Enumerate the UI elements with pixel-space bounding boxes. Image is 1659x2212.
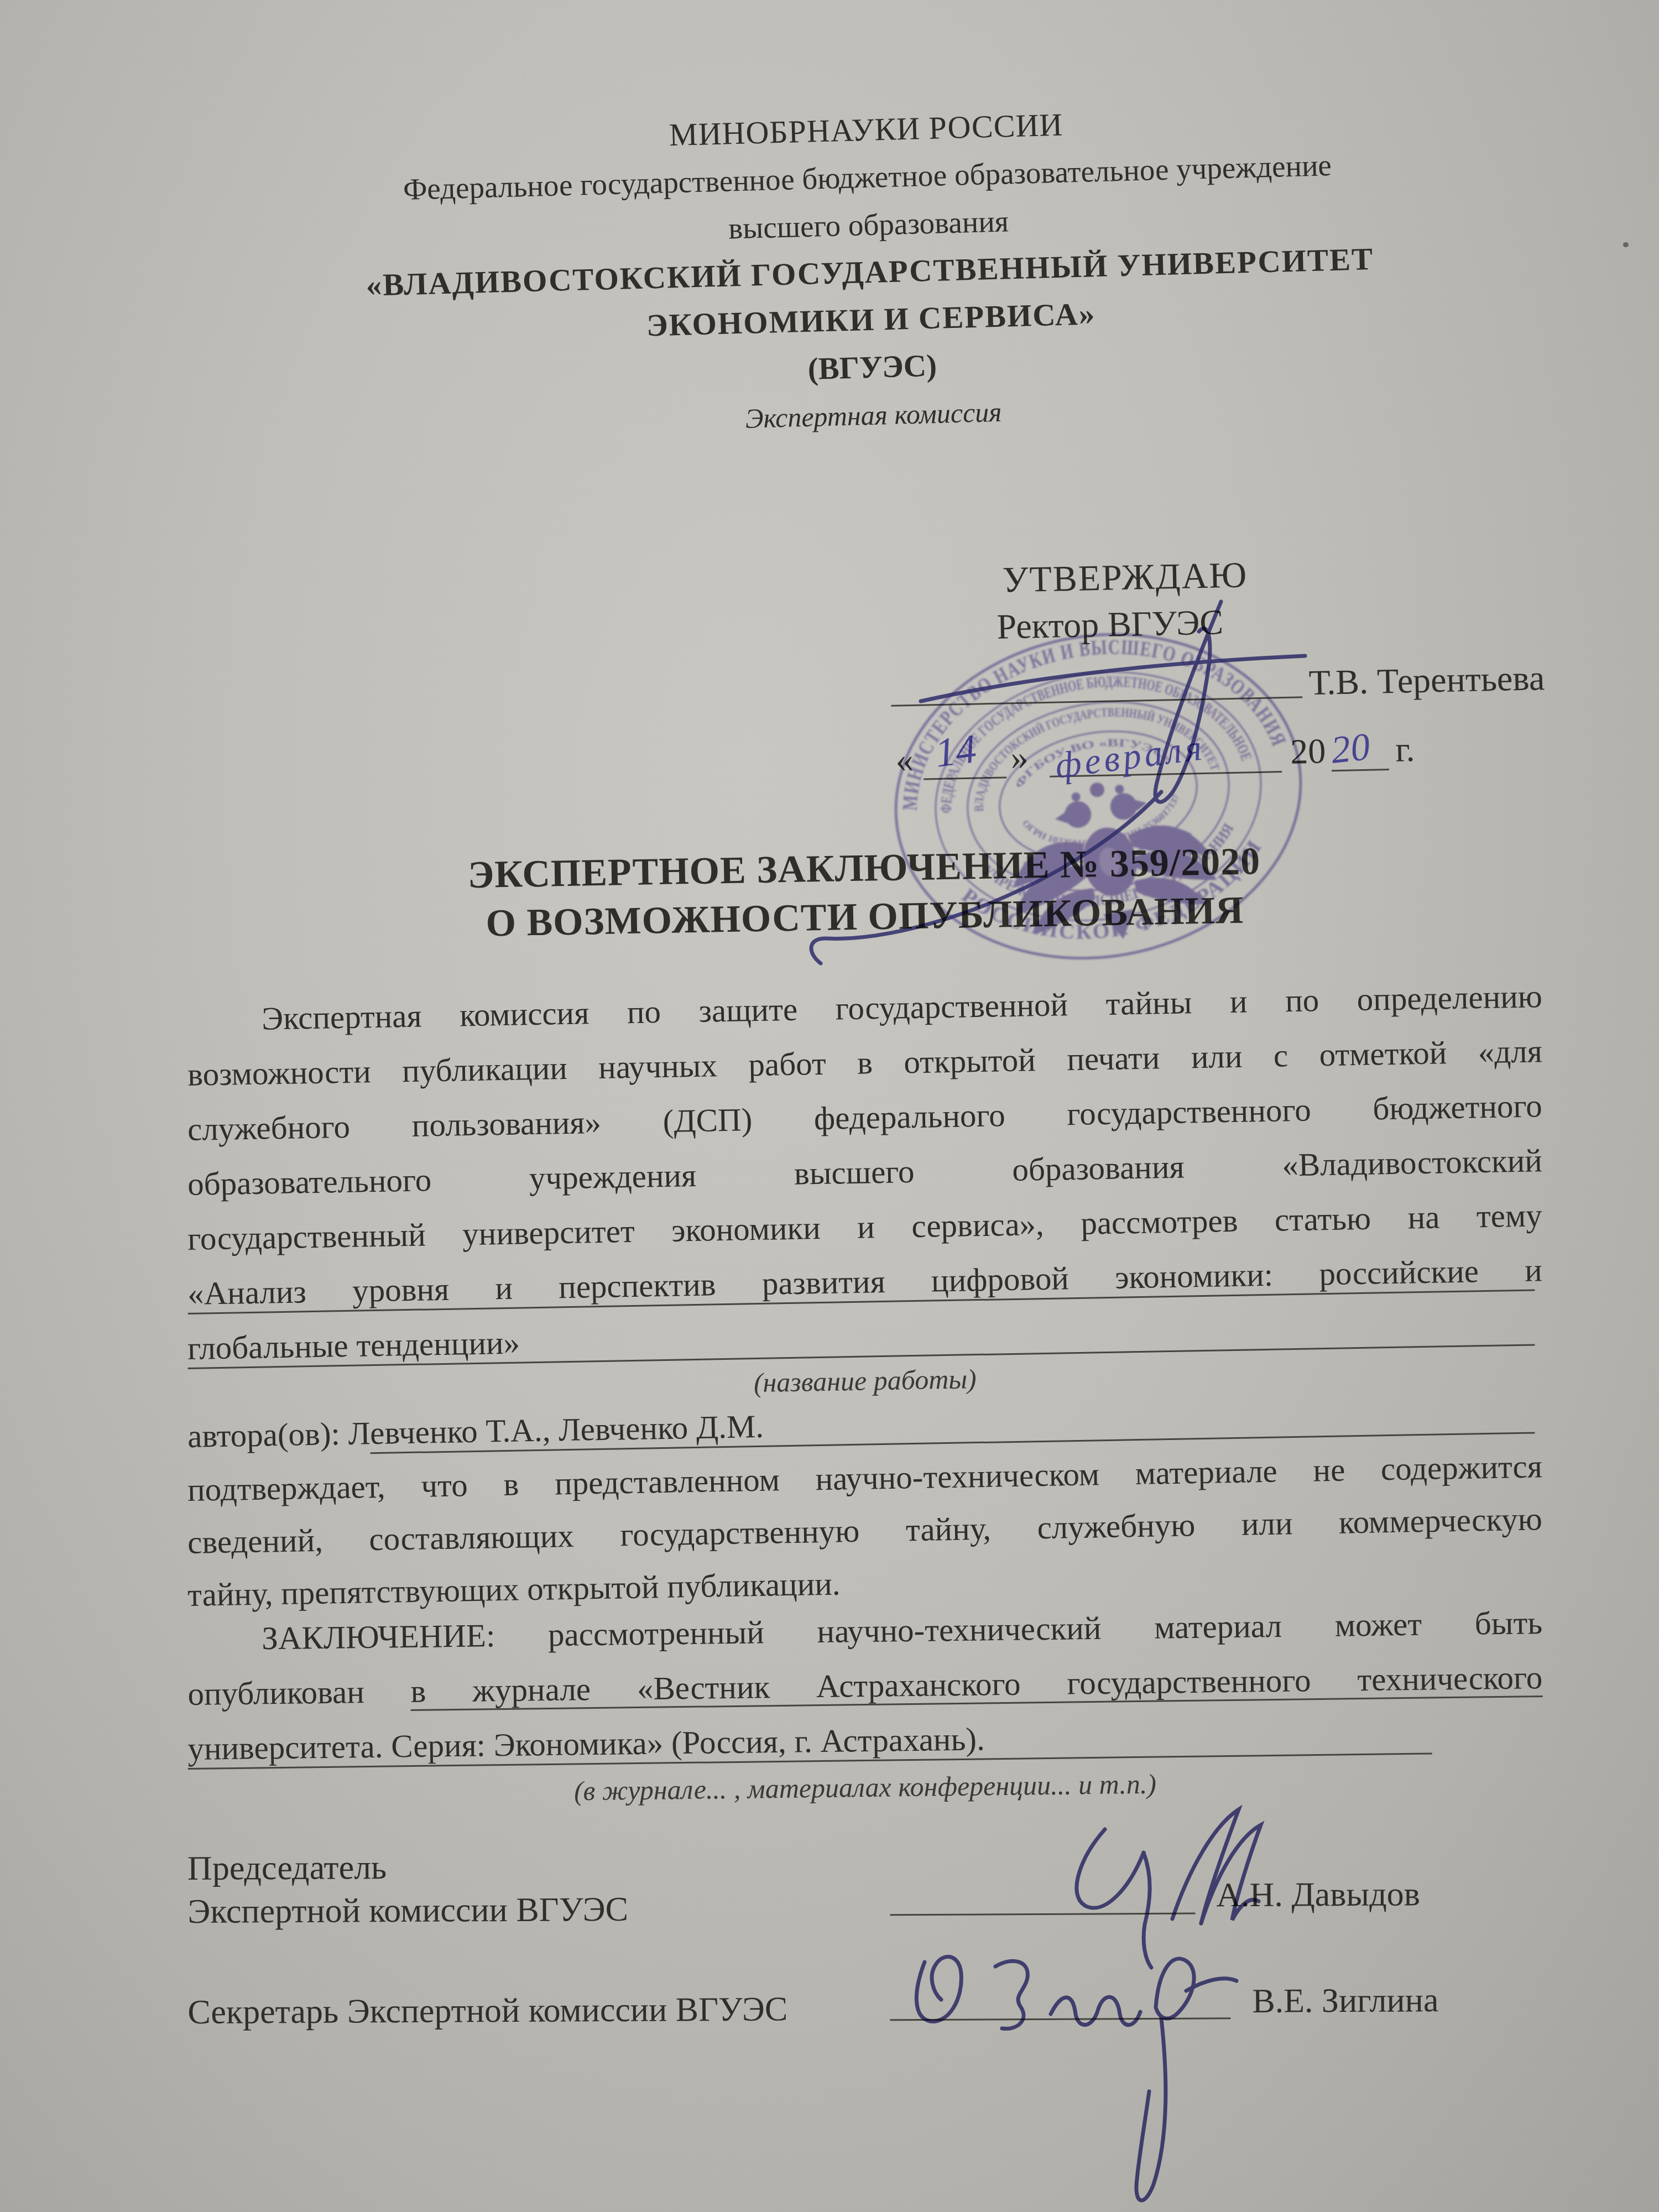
paper-speck: [1623, 242, 1629, 247]
journal-name-text: в журнале «Вестник Астраханского государ…: [410, 1659, 1542, 1711]
year-suffix: г.: [1395, 729, 1416, 770]
chairman-signature-row: Председатель Экспертной комиссии ВГУЭС А…: [187, 1840, 1543, 1974]
year-printed: 20: [1290, 731, 1327, 772]
date-row: « » 20 г. 14 февраля 20: [888, 714, 1608, 784]
document-title: ЭКСПЕРТНОЕ ЗАКЛЮЧЕНИЕ № 359/2020 О ВОЗМО…: [186, 832, 1543, 953]
handwritten-month: февраля: [1053, 727, 1208, 787]
approval-block: УТВЕРЖДАЮ Ректор ВГУЭС Т.В. Терентьева «…: [885, 547, 1608, 784]
scanned-document-page: МИНОБРНАУКИ РОССИИ Федеральное государст…: [0, 0, 1659, 2212]
body-paragraphs: Экспертная комиссия по защите государств…: [188, 993, 1543, 1621]
rector-position: Ректор ВГУЭС: [997, 597, 1605, 645]
conclusion-paragraph: ЗАКЛЮЧЕНИЕ: рассмотренный научно-техниче…: [188, 1612, 1543, 1815]
authors-value: Левченко Т.А., Левченко Д.М.: [348, 1408, 764, 1452]
work-title-text: глобальные тенденции»: [187, 1324, 520, 1366]
secretary-signature-row: Секретарь Экспертной комиссии ВГУЭС В.Е.…: [187, 1984, 1543, 2079]
authors-label: автора(ов):: [187, 1415, 341, 1454]
quote-open: «: [895, 739, 914, 781]
handwritten-day: 14: [932, 726, 979, 778]
handwritten-year: 20: [1329, 725, 1372, 773]
day-line: [924, 776, 1006, 780]
chairman-name: А.Н. Давыдов: [1216, 1875, 1420, 1915]
conclusion-normal-text: опубликован: [187, 1673, 364, 1712]
approve-label: УТВЕРЖДАЮ: [1002, 547, 1604, 602]
rector-signature-row: Т.В. Терентьева: [887, 643, 1607, 713]
secretary-name: В.Е. Зиглина: [1252, 1981, 1438, 2021]
letterhead: МИНОБРНАУКИ РОССИИ Федеральное государст…: [188, 88, 1551, 457]
rector-name: Т.В. Терентьева: [1308, 658, 1545, 703]
rector-signature-line: [891, 696, 1302, 707]
quote-close: »: [1010, 737, 1029, 779]
